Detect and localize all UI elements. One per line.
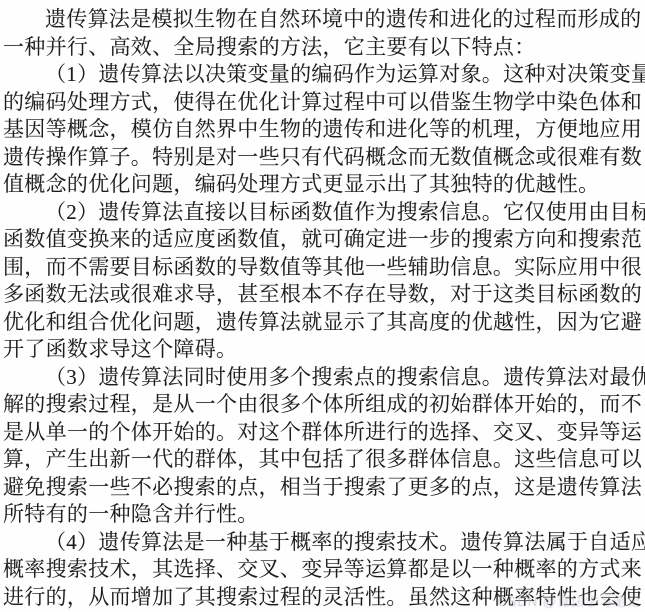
- text-line: 是从单一的个体开始的。对这个群体所进行的选择、交叉、变异等运: [3, 419, 642, 447]
- text-line: （3）遗传算法同时使用多个搜索点的搜索信息。遗传算法对最优: [3, 364, 642, 392]
- text-line: 遗传操作算子。特别是对一些只有代码概念而无数值概念或很难有数: [3, 144, 642, 172]
- text-line: 一种并行、高效、全局搜索的方法，它主要有以下特点：: [3, 34, 642, 62]
- text-line: 多函数无法或很难求导，甚至根本不存在导数，对于这类目标函数的: [3, 281, 642, 309]
- text-line: 的编码处理方式，使得在优化计算过程中可以借鉴生物学中染色体和: [3, 89, 642, 117]
- text-line: （1）遗传算法以决策变量的编码作为运算对象。这种对决策变量: [3, 61, 642, 89]
- text-line: 进行的，从而增加了其搜索过程的灵活性。虽然这种概率特性也会使: [3, 584, 642, 612]
- text-line: 概率搜索技术，其选择、交叉、变异等运算都是以一种概率的方式来: [3, 556, 642, 584]
- text-line: 遗传算法是模拟生物在自然环境中的遗传和进化的过程而形成的: [3, 6, 642, 34]
- text-line: 基因等概念，模仿自然界中生物的遗传和进化等的机理，方便地应用: [3, 116, 642, 144]
- text-line: 所特有的一种隐含并行性。: [3, 501, 642, 529]
- paragraph: 遗传算法是模拟生物在自然环境中的遗传和进化的过程而形成的一种并行、高效、全局搜索…: [3, 6, 642, 61]
- document-body: 遗传算法是模拟生物在自然环境中的遗传和进化的过程而形成的一种并行、高效、全局搜索…: [0, 0, 645, 611]
- text-line: 函数值变换来的适应度函数值，就可确定进一步的搜索方向和搜索范: [3, 226, 642, 254]
- paragraph: （1）遗传算法以决策变量的编码作为运算对象。这种对决策变量的编码处理方式，使得在…: [3, 61, 642, 199]
- text-line: 开了函数求导这个障碍。: [3, 336, 642, 364]
- text-line: 解的搜索过程，是从一个由很多个体所组成的初始群体开始的，而不: [3, 391, 642, 419]
- text-line: 值概念的优化问题，编码处理方式更显示出了其独特的优越性。: [3, 171, 642, 199]
- text-line: 算，产生出新一代的群体，其中包括了很多群体信息。这些信息可以: [3, 446, 642, 474]
- text-line: 避免搜索一些不必搜索的点，相当于搜索了更多的点，这是遗传算法: [3, 474, 642, 502]
- paragraph: （3）遗传算法同时使用多个搜索点的搜索信息。遗传算法对最优解的搜索过程，是从一个…: [3, 364, 642, 529]
- document-page: { "page": { "background": "#fefefe", "te…: [0, 0, 645, 612]
- text-line: 优化和组合优化问题，遗传算法就显示了其高度的优越性，因为它避: [3, 309, 642, 337]
- text-line: （4）遗传算法是一种基于概率的搜索技术。遗传算法属于自适应: [3, 529, 642, 557]
- paragraph: （4）遗传算法是一种基于概率的搜索技术。遗传算法属于自适应概率搜索技术，其选择、…: [3, 529, 642, 612]
- text-line: 围，而不需要目标函数的导数值等其他一些辅助信息。实际应用中很: [3, 254, 642, 282]
- text-line: （2）遗传算法直接以目标函数值作为搜索信息。它仅使用由目标: [3, 199, 642, 227]
- paragraph: （2）遗传算法直接以目标函数值作为搜索信息。它仅使用由目标函数值变换来的适应度函…: [3, 199, 642, 364]
